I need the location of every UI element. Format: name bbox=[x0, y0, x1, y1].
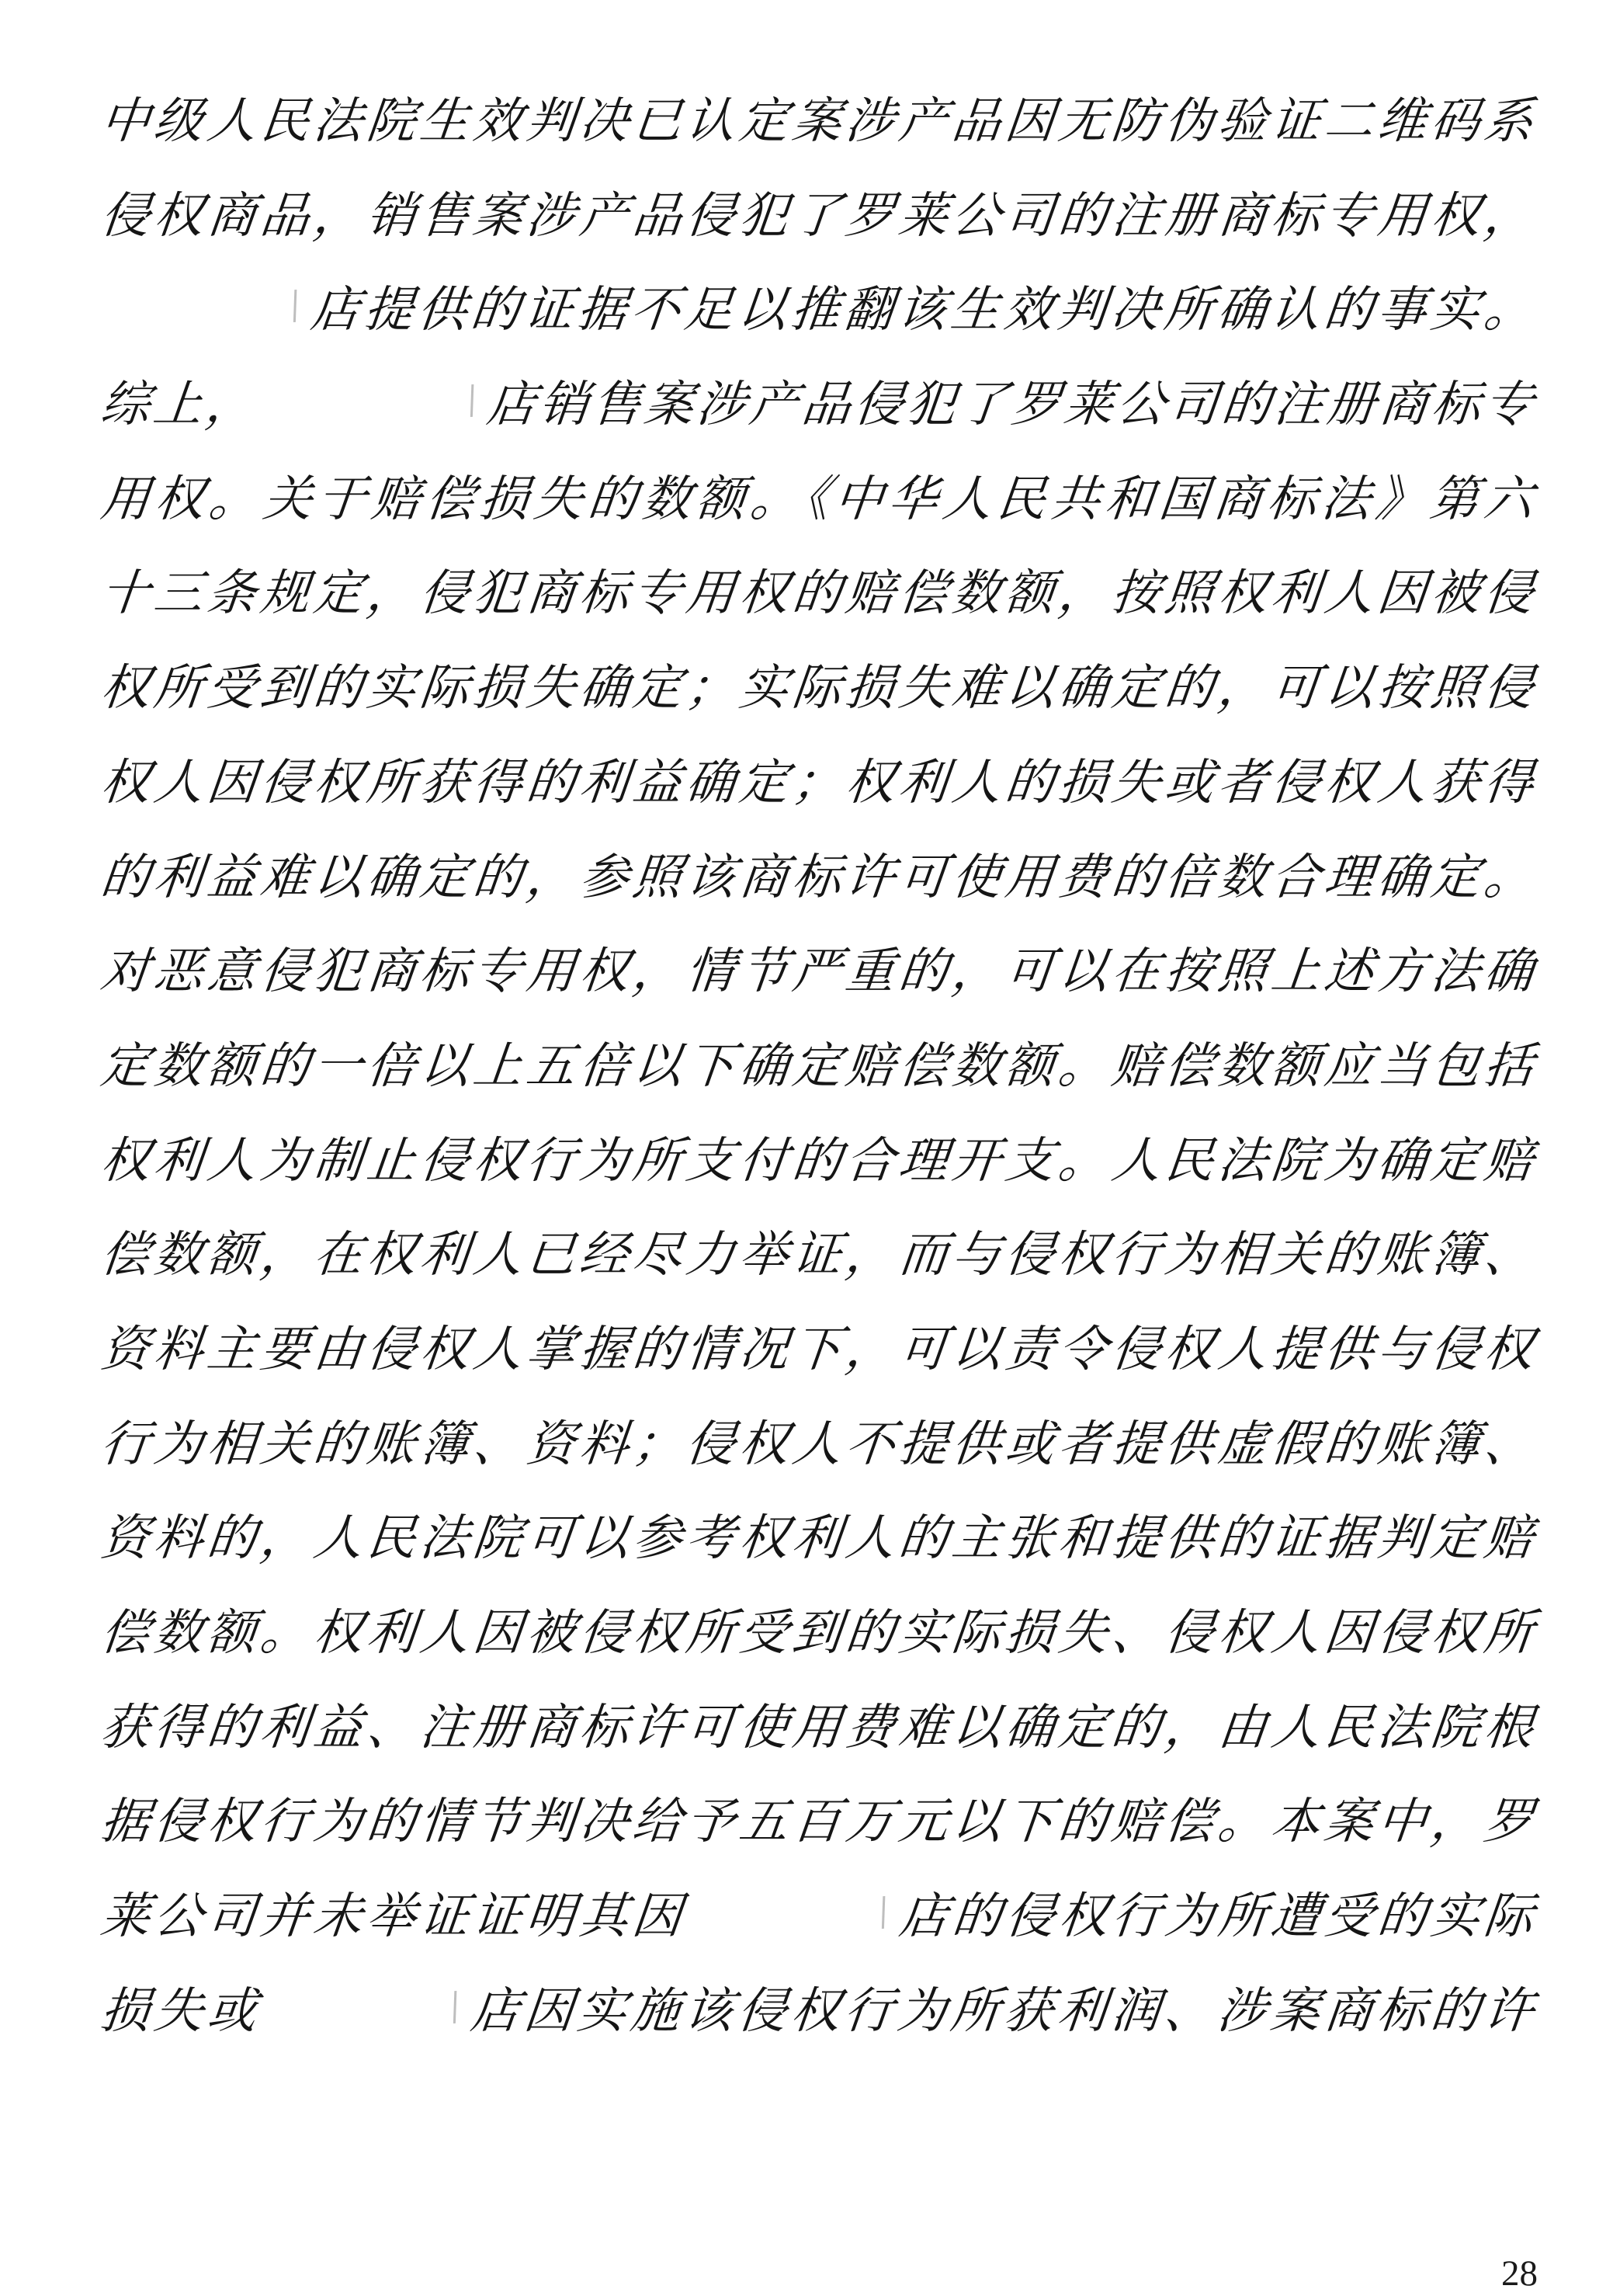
text-line: 资料主要由侵权人掌握的情况下，可以责令侵权人提供与侵权 bbox=[96, 1303, 1538, 1398]
line-text: 偿数额。权利人因被侵权所受到的实际损失、侵权人因侵权所 bbox=[98, 1606, 1535, 1660]
redaction-gap bbox=[258, 406, 484, 414]
line-text: 获得的利益、注册商标许可使用费难以确定的，由人民法院根 bbox=[98, 1700, 1535, 1755]
text-line: 权所受到的实际损失确定；实际损失难以确定的，可以按照侵 bbox=[96, 641, 1538, 736]
line-text: 店销售案涉产品侵犯了罗莱公司的注册商标专 bbox=[480, 377, 1536, 432]
text-line: 莱公司并未举证证明其因店的侵权行为所遭受的实际 bbox=[96, 1870, 1538, 1964]
redaction-gap bbox=[100, 311, 307, 319]
redaction-gap bbox=[685, 1918, 895, 1926]
line-text: 损失或 bbox=[98, 1984, 263, 2038]
text-line: 十三条规定，侵犯商标专用权的赔偿数额，按照权利人因被侵 bbox=[96, 547, 1538, 641]
text-line: 损失或店因实施该侵权行为所获利润、涉案商标的许 bbox=[96, 1964, 1538, 2059]
line-text: 偿数额，在权利人已经尽力举证，而与侵权行为相关的账簿、 bbox=[98, 1228, 1535, 1282]
text-line: 综上，店销售案涉产品侵犯了罗莱公司的注册商标专 bbox=[96, 358, 1538, 453]
line-text: 用权。关于赔偿损失的数额。《中华人民共和国商标法》第六 bbox=[98, 472, 1535, 526]
text-line: 对恶意侵犯商标专用权，情节严重的，可以在按照上述方法确 bbox=[96, 925, 1538, 1019]
line-text: 据侵权行为的情节判决给予五百万元以下的赔偿。本案中，罗 bbox=[98, 1794, 1535, 1849]
text-line: 获得的利益、注册商标许可使用费难以确定的，由人民法院根 bbox=[96, 1681, 1538, 1776]
text-line: 权人因侵权所获得的利益确定；权利人的损失或者侵权人获得 bbox=[96, 736, 1538, 831]
text-line: 定数额的一倍以上五倍以下确定赔偿数额。赔偿数额应当包括 bbox=[96, 1019, 1538, 1114]
line-text: 店因实施该侵权行为所获利润、涉案商标的许 bbox=[464, 1984, 1536, 2038]
text-line: 偿数额。权利人因被侵权所受到的实际损失、侵权人因侵权所 bbox=[96, 1586, 1538, 1681]
text-line: 中级人民法院生效判决已认定案涉产品因无防伪验证二维码系 bbox=[96, 75, 1538, 169]
line-text: 权利人为制止侵权行为所支付的合理开支。人民法院为确定赔 bbox=[98, 1134, 1535, 1188]
line-text: 中级人民法院生效判决已认定案涉产品因无防伪验证二维码系 bbox=[98, 94, 1535, 148]
redaction-gap bbox=[260, 2012, 467, 2020]
line-text: 侵权商品，销售案涉产品侵犯了罗莱公司的注册商标专用权， bbox=[98, 189, 1535, 243]
line-text: 店提供的证据不足以推翻该生效判决所确认的事实。 bbox=[304, 283, 1535, 337]
line-text: 莱公司并未举证证明其因 bbox=[98, 1889, 689, 1943]
document-body: 中级人民法院生效判决已认定案涉产品因无防伪验证二维码系侵权商品，销售案涉产品侵犯… bbox=[101, 75, 1533, 2058]
line-text: 权所受到的实际损失确定；实际损失难以确定的，可以按照侵 bbox=[98, 661, 1535, 715]
line-text: 权人因侵权所获得的利益确定；权利人的损失或者侵权人获得 bbox=[98, 755, 1535, 810]
text-line: 行为相关的账簿、资料；侵权人不提供或者提供虚假的账簿、 bbox=[96, 1398, 1538, 1492]
text-line: 侵权商品，销售案涉产品侵犯了罗莱公司的注册商标专用权， bbox=[96, 169, 1538, 264]
text-line: 的利益难以确定的，参照该商标许可使用费的倍数合理确定。 bbox=[96, 831, 1538, 926]
line-text: 综上， bbox=[98, 377, 261, 432]
text-line: 店提供的证据不足以推翻该生效判决所确认的事实。 bbox=[96, 263, 1538, 358]
line-text: 店的侵权行为所遭受的实际 bbox=[893, 1889, 1536, 1943]
text-line: 资料的，人民法院可以参考权利人的主张和提供的证据判定赔 bbox=[96, 1492, 1538, 1586]
line-text: 的利益难以确定的，参照该商标许可使用费的倍数合理确定。 bbox=[98, 850, 1535, 905]
text-line: 据侵权行为的情节判决给予五百万元以下的赔偿。本案中，罗 bbox=[96, 1775, 1538, 1870]
line-text: 十三条规定，侵犯商标专用权的赔偿数额，按照权利人因被侵 bbox=[98, 566, 1535, 620]
line-text: 资料的，人民法院可以参考权利人的主张和提供的证据判定赔 bbox=[98, 1511, 1535, 1565]
line-text: 对恶意侵犯商标专用权，情节严重的，可以在按照上述方法确 bbox=[98, 944, 1535, 999]
page-number: 28 bbox=[1501, 2253, 1538, 2294]
line-text: 行为相关的账簿、资料；侵权人不提供或者提供虚假的账簿、 bbox=[98, 1417, 1535, 1471]
line-text: 资料主要由侵权人掌握的情况下，可以责令侵权人提供与侵权 bbox=[98, 1322, 1535, 1377]
line-text: 定数额的一倍以上五倍以下确定赔偿数额。赔偿数额应当包括 bbox=[98, 1039, 1535, 1093]
text-line: 权利人为制止侵权行为所支付的合理开支。人民法院为确定赔 bbox=[96, 1114, 1538, 1209]
text-line: 用权。关于赔偿损失的数额。《中华人民共和国商标法》第六 bbox=[96, 453, 1538, 547]
text-line: 偿数额，在权利人已经尽力举证，而与侵权行为相关的账簿、 bbox=[96, 1208, 1538, 1303]
